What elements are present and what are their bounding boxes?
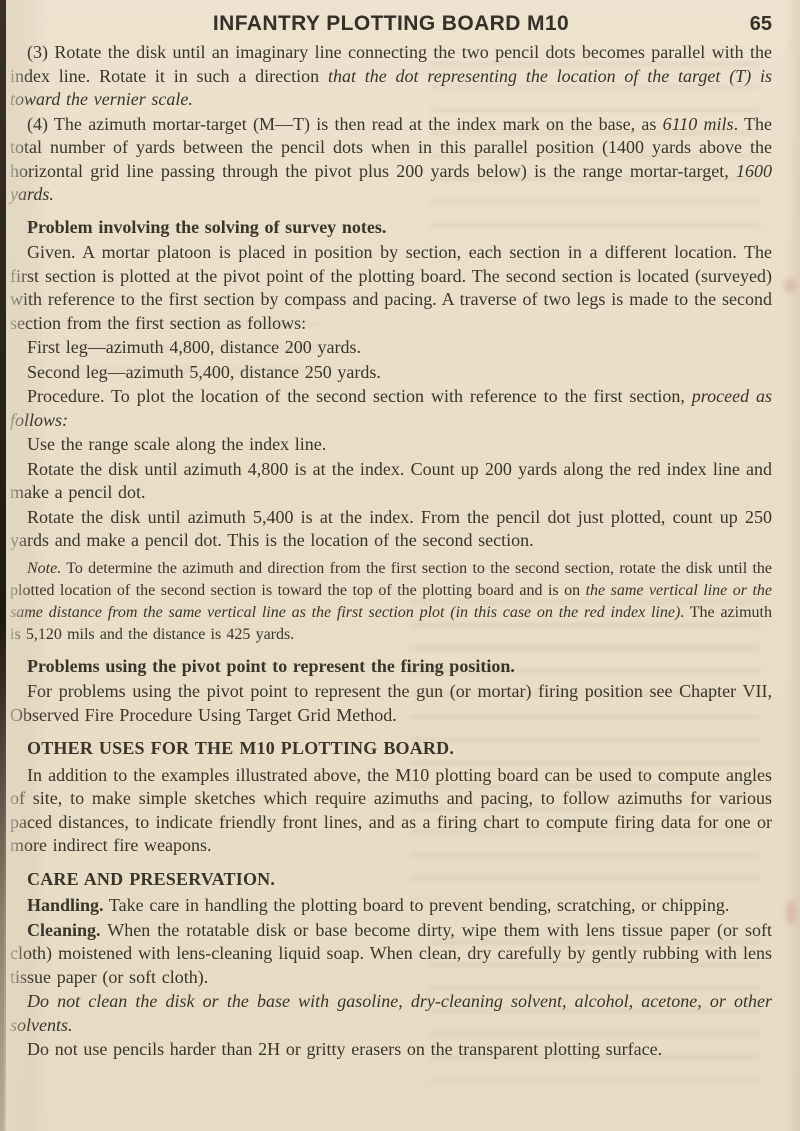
- paragraph-rotate-4800: Rotate the disk until azimuth 4,800 is a…: [10, 458, 772, 505]
- heading-other-uses: OTHER USES FOR THE M10 PLOTTING BOARD.: [10, 737, 772, 761]
- paragraph-handling: Handling. Take care in handling the plot…: [10, 894, 772, 918]
- page-header: INFANTRY PLOTTING BOARD M10 65: [10, 8, 772, 40]
- document-page: INFANTRY PLOTTING BOARD M10 65 (3) Rotat…: [0, 0, 800, 1131]
- paragraph-procedure: Procedure. To plot the location of the s…: [10, 385, 772, 432]
- paragraph-step-4: (4) The azimuth mortar-target (M—T) is t…: [10, 113, 772, 207]
- paragraph-first-leg: First leg—azimuth 4,800, distance 200 ya…: [10, 336, 772, 360]
- paragraph-in-addition: In addition to the examples illustrated …: [10, 764, 772, 858]
- heading-pivot-point: Problems using the pivot point to repres…: [10, 655, 772, 679]
- page-number: 65: [750, 13, 772, 36]
- ink-smudge: [784, 278, 796, 294]
- handling-label: Handling.: [27, 895, 104, 915]
- paragraph-given: Given. A mortar platoon is placed in pos…: [10, 241, 772, 335]
- paragraph-rotate-5400: Rotate the disk until azimuth 5,400 is a…: [10, 506, 772, 553]
- paragraph-do-not-use: Do not use pencils harder than 2H or gri…: [10, 1038, 772, 1062]
- cleaning-label: Cleaning.: [27, 920, 101, 940]
- note-label: Note.: [27, 560, 61, 577]
- paragraph-second-leg: Second leg—azimuth 5,400, distance 250 y…: [10, 361, 772, 385]
- text-column: INFANTRY PLOTTING BOARD M10 65 (3) Rotat…: [10, 8, 772, 1062]
- paragraph-use-range-scale: Use the range scale along the index line…: [10, 433, 772, 457]
- procedure-text: Procedure. To plot the location of the s…: [27, 386, 692, 406]
- page-title: INFANTRY PLOTTING BOARD M10: [213, 12, 569, 36]
- heading-survey-problem: Problem involving the solving of survey …: [10, 216, 772, 240]
- paragraph-cleaning: Cleaning. When the rotatable disk or bas…: [10, 919, 772, 990]
- handling-text: Take care in handling the plotting board…: [104, 895, 730, 915]
- paragraph-for-problems: For problems using the pivot point to re…: [10, 680, 772, 727]
- heading-care-preservation: CARE AND PRESERVATION.: [10, 868, 772, 892]
- paragraph-do-not-clean: Do not clean the disk or the base with g…: [10, 990, 772, 1037]
- scan-edge-shadow: [0, 0, 6, 1131]
- step4-text-a: (4) The azimuth mortar-target (M—T) is t…: [27, 114, 663, 134]
- paragraph-note: Note. To determine the azimuth and direc…: [10, 558, 772, 646]
- paragraph-step-3: (3) Rotate the disk until an imaginary l…: [10, 41, 772, 112]
- cleaning-text: When the rotatable disk or base become d…: [10, 920, 772, 987]
- step4-mils-value: 6110 mils: [663, 114, 734, 134]
- ink-smudge: [786, 900, 796, 926]
